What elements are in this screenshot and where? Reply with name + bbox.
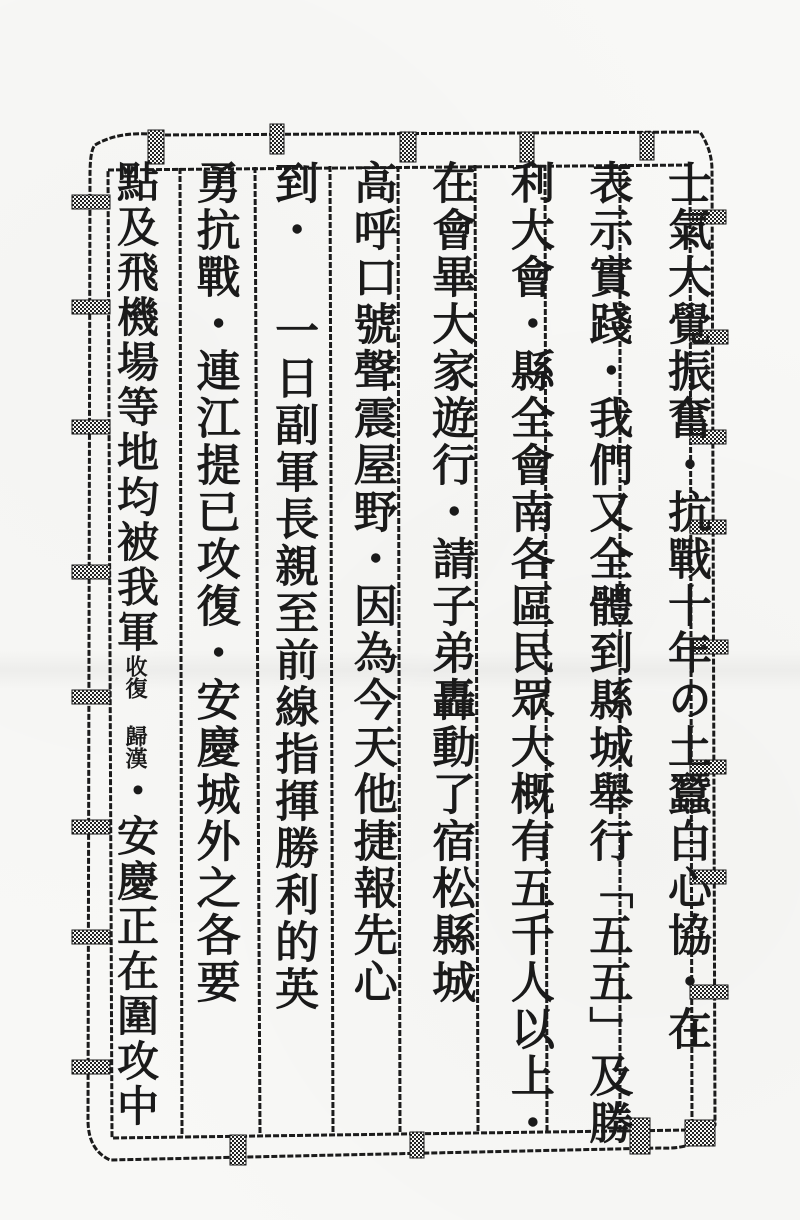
text-columns: 士氣大覺振奮・抗戰十年の土蠶白心協・在 表示實踐・我們又全體到縣城舉行「五五」及… (100, 160, 720, 1150)
text-column-2: 表示實踐・我們又全體到縣城舉行「五五」及勝 (571, 160, 641, 1150)
text-column-1: 士氣大覺振奮・抗戰十年の土蠶白心協・在 (650, 160, 720, 1150)
column-text: 在會畢大家遊行・請子弟轟動了宿松縣城 (424, 160, 475, 1006)
column-text: 勇抗戰・連江提已攻復・安慶城外之各要 (189, 160, 240, 1006)
column-text: 利大會・縣全會南各區民眾大概有五千人以上・ (503, 160, 554, 1147)
text-column-3: 利大會・縣全會南各區民眾大概有五千人以上・ (493, 160, 563, 1150)
text-column-6: 到・ 一日副軍長親至前線指揮勝利的英 (257, 160, 327, 1150)
column-text-continued: ・安慶正在圍攻中 (111, 769, 160, 1129)
column-text: 高呼口號聲震屋野・因為今天他捷報先心 (346, 160, 397, 1006)
column-text: 士氣大覺振奮・抗戰十年の土蠶白心協・在 (660, 160, 711, 1053)
margin-note: 收復 歸漢 (122, 655, 148, 769)
text-column-8: 點及飛機場等地均被我軍收復 歸漢・安慶正在圍攻中 (100, 160, 170, 1150)
text-column-4: 在會畢大家遊行・請子弟轟動了宿松縣城 (414, 160, 484, 1150)
column-text: 點及飛機場等地均被我軍 (111, 160, 160, 655)
column-text: 表示實踐・我們又全體到縣城舉行「五五」及勝 (581, 160, 632, 1147)
text-column-7: 勇抗戰・連江提已攻復・安慶城外之各要 (179, 160, 249, 1150)
column-text: 到・ 一日副軍長親至前線指揮勝利的英 (267, 160, 318, 1013)
text-column-5: 高呼口號聲震屋野・因為今天他捷報先心 (336, 160, 406, 1150)
